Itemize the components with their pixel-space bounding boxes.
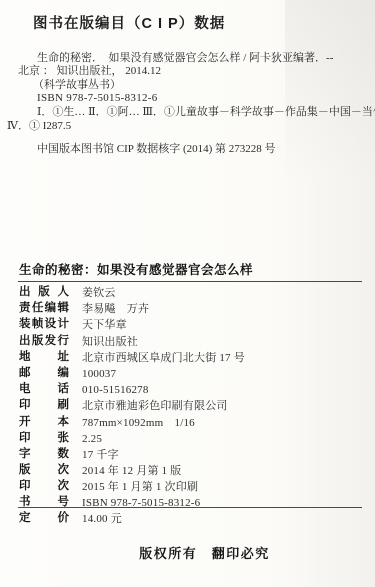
colophon-row-value: 知识出版社 — [82, 334, 138, 350]
colophon-row: 字数17 千字 — [19, 446, 364, 462]
divider-rule-bottom — [18, 507, 362, 508]
book-copyright-page: 图书在版编目（C I P）数据 生命的秘密． 如果没有感觉器官会怎么样 / 阿卡… — [0, 0, 375, 587]
colophon-row: 版次2014 年 12 月第 1 版 — [19, 462, 364, 478]
cip-description-line: （科学故事丛书） — [0, 79, 375, 92]
colophon-row: 责任编辑李易飚 万卉 — [19, 300, 364, 316]
colophon-row-value: 2014 年 12 月第 1 版 — [82, 463, 181, 479]
colophon-table: 出版人姜钦云 责任编辑李易飚 万卉 装帧设计天下华章 出版发行知识出版社 地址北… — [19, 284, 364, 511]
colophon-row: 电话010-51516278 — [19, 381, 364, 397]
colophon-row-value: 天下华章 — [82, 317, 127, 333]
colophon-row-label: 装帧设计 — [19, 316, 69, 332]
divider-rule-top — [18, 281, 362, 282]
colophon-row: 印次2015 年 1 月第 1 次印刷 — [19, 478, 364, 494]
colophon-row-label: 地址 — [19, 349, 69, 365]
colophon-row: 印刷北京市雅迪彩色印刷有限公司 — [19, 397, 364, 413]
colophon-row-value: 2.25 — [82, 431, 102, 447]
cip-isbn-line: ISBN 978-7-5015-8312-6 — [0, 92, 375, 105]
colophon-row-label: 字数 — [19, 446, 69, 462]
colophon-row-label: 出版人 — [19, 284, 69, 300]
colophon-row-label: 印张 — [19, 430, 69, 446]
colophon-row-value: 北京市雅迪彩色印刷有限公司 — [82, 398, 228, 414]
book-title: 生命的秘密：如果没有感觉器官会怎么样 — [19, 260, 253, 278]
colophon-row-value: 李易飚 万卉 — [82, 301, 149, 317]
cip-registry-number: 中国版本图书馆 CIP 数据核字 (2014) 第 273228 号 — [37, 140, 276, 156]
colophon-row: 出版人姜钦云 — [19, 284, 364, 300]
colophon-row-value: 姜钦云 — [82, 285, 116, 301]
cip-description-line: 生命的秘密． 如果没有感觉器官会怎么样 / 阿卡狄亚编著．-- — [0, 52, 375, 65]
colophon-row-label: 出版发行 — [19, 333, 69, 349]
cip-classification-line: Ⅳ．① I287.5 — [0, 120, 375, 134]
colophon-row-label: 定价 — [19, 510, 69, 526]
colophon-row: 邮编100037 — [19, 365, 364, 381]
colophon-row: 开本787mm×1092mm 1/16 — [19, 414, 364, 430]
colophon-row-label: 电话 — [19, 381, 69, 397]
colophon-row-label: 书号 — [19, 494, 69, 510]
colophon-row-label: 责任编辑 — [19, 300, 69, 316]
cip-description-block: 生命的秘密． 如果没有感觉器官会怎么样 / 阿卡狄亚编著．-- 北京 ： 知识出… — [0, 52, 375, 106]
colophon-row: 印张2.25 — [19, 430, 364, 446]
colophon-row-value: 010-51516278 — [82, 382, 149, 398]
colophon-row-label: 印刷 — [19, 397, 69, 413]
colophon-row-label: 印次 — [19, 478, 69, 494]
cip-classification-line: Ⅰ．①生… Ⅱ．①阿… Ⅲ．①儿童故事－科学故事－作品集－中国－当代 — [0, 106, 375, 120]
colophon-row-label: 开本 — [19, 414, 69, 430]
colophon-row-value: 787mm×1092mm 1/16 — [82, 415, 195, 431]
colophon-row-value: 14.00 元 — [82, 511, 122, 527]
colophon-row-label: 邮编 — [19, 365, 69, 381]
colophon-row-label: 版次 — [19, 462, 69, 478]
colophon-row: 出版发行知识出版社 — [19, 333, 364, 349]
colophon-row-value: 北京市西城区阜成门北大街 17 号 — [82, 350, 245, 366]
colophon-row: 地址北京市西城区阜成门北大街 17 号 — [19, 349, 364, 365]
copyright-notice: 版权所有 翻印必究 — [0, 543, 375, 562]
colophon-price-row: 定价14.00 元 — [19, 510, 122, 526]
colophon-row-value: 100037 — [82, 366, 116, 382]
cip-classification-block: Ⅰ．①生… Ⅱ．①阿… Ⅲ．①儿童故事－科学故事－作品集－中国－当代 Ⅳ．① I… — [0, 106, 375, 133]
colophon-row-value: 17 千字 — [82, 447, 119, 463]
colophon-row: 装帧设计天下华章 — [19, 316, 364, 332]
colophon-row: 书号ISBN 978-7-5015-8312-6 — [19, 494, 364, 510]
cip-header-title: 图书在版编目（C I P）数据 — [33, 12, 225, 33]
colophon-row-value: 2015 年 1 月第 1 次印刷 — [82, 479, 198, 495]
cip-description-line: 北京 ： 知识出版社， 2014.12 — [0, 65, 375, 78]
